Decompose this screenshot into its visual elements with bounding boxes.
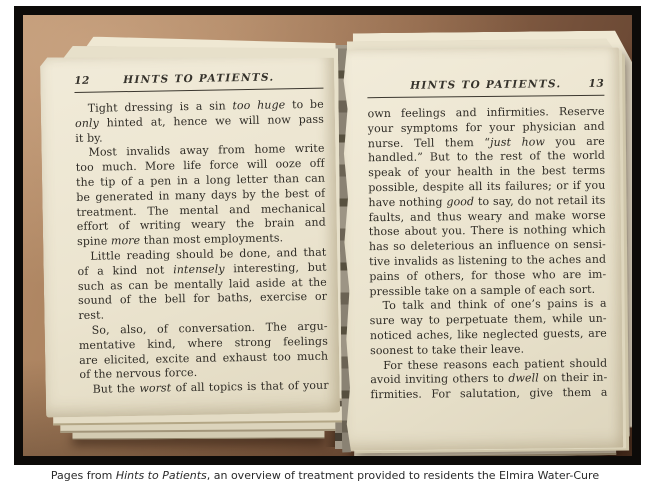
- running-head: HINTS TO PATIENTS.: [410, 78, 561, 92]
- running-head: HINTS TO PATIENTS.: [123, 72, 274, 87]
- page-number: 12: [74, 75, 90, 87]
- right-page-content: HINTS TO PATIENTS. 13 own feelings and i…: [367, 78, 607, 403]
- desk-surface: 12 HINTS TO PATIENTS. Tight dressing is …: [23, 15, 632, 456]
- right-page-header: HINTS TO PATIENTS. 13: [367, 78, 604, 92]
- image-caption: Pages from Hints to Patients, an overvie…: [0, 469, 650, 482]
- right-page-text: own feelings and infirmities. Reserveyou…: [368, 105, 608, 403]
- book-photo-frame: 12 HINTS TO PATIENTS. Tight dressing is …: [14, 6, 641, 465]
- left-page-text: Tight dressing is a sin too huge to beon…: [75, 98, 329, 398]
- header-rule: [74, 88, 323, 93]
- page-number: 13: [589, 78, 605, 90]
- right-page: HINTS TO PATIENTS. 13 own feelings and i…: [341, 48, 623, 451]
- left-page-content: 12 HINTS TO PATIENTS. Tight dressing is …: [74, 71, 329, 398]
- left-page: 12 HINTS TO PATIENTS. Tight dressing is …: [40, 52, 340, 417]
- header-rule: [367, 95, 604, 98]
- text-line: noticed aches, like neglected guests, ar…: [370, 327, 607, 344]
- text-line: firmities. For salutation, give them a: [370, 386, 607, 403]
